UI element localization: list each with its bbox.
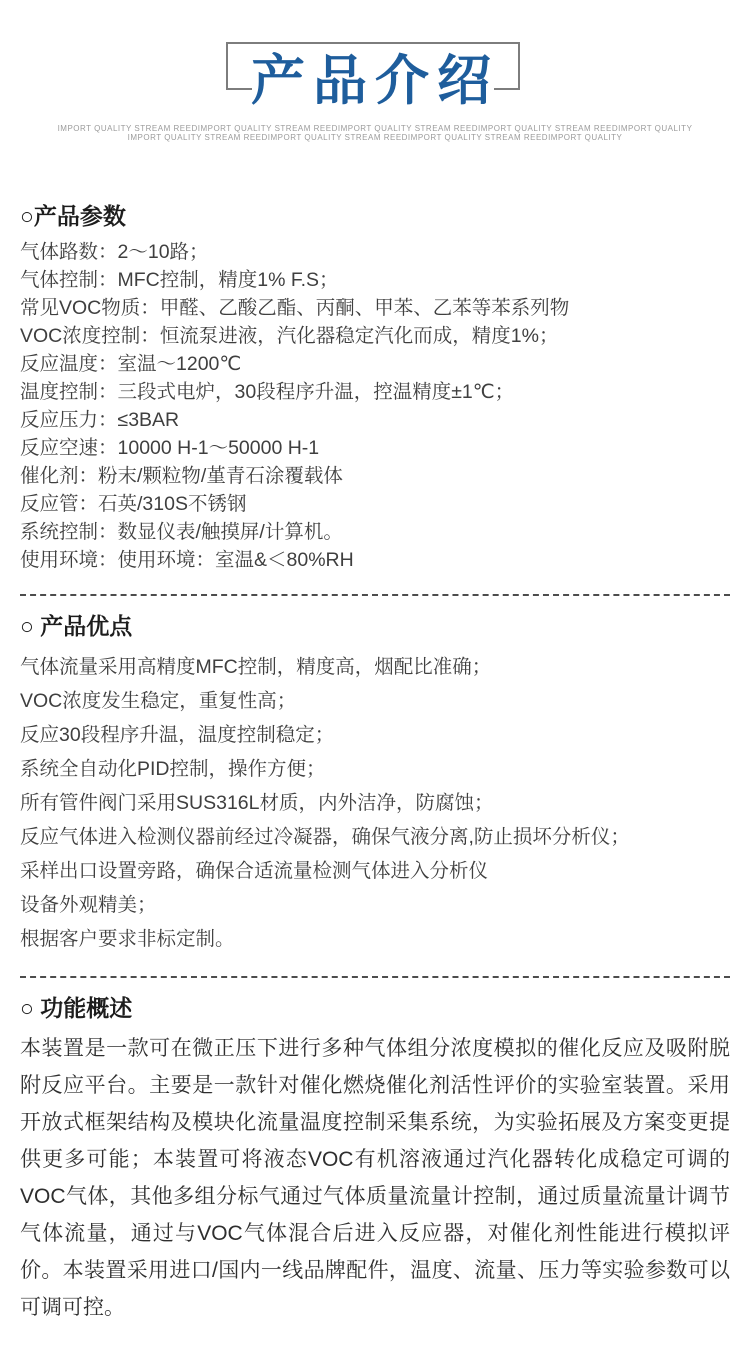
parameter-line: 常见VOC物质：甲醛、乙酸乙酯、丙酮、甲苯、乙苯等苯系列物 — [20, 294, 730, 322]
parameter-line: VOC浓度控制：恒流泵进液，汽化器稳定汽化而成，精度1%； — [20, 322, 730, 350]
advantage-line: 根据客户要求非标定制。 — [20, 922, 730, 956]
section-divider — [20, 594, 730, 596]
parameter-line: 催化剂：粉末/颗粒物/堇青石涂覆载体 — [20, 462, 730, 490]
advantage-line: 系统全自动化PID控制，操作方便； — [20, 752, 730, 786]
advantage-line: 反应气体进入检测仪器前经过冷凝器，确保气液分离,防止损坏分析仪； — [20, 820, 730, 854]
section-heading-overview: ○ 功能概述 — [20, 994, 730, 1022]
advantage-line: 反应30段程序升温，温度控制稳定； — [20, 718, 730, 752]
parameter-line: 系统控制：数显仪表/触摸屏/计算机。 — [20, 518, 730, 546]
advantage-line: 所有管件阀门采用SUS316L材质，内外洁净，防腐蚀； — [20, 786, 730, 820]
parameter-line: 使用环境：使用环境：室温&＜80%RH — [20, 546, 730, 574]
content: ○产品参数 气体路数：2～10路； 气体控制：MFC控制，精度1% F.S； 常… — [0, 202, 750, 1326]
advantage-line: 采样出口设置旁路，确保合适流量检测气体进入分析仪 — [20, 854, 730, 888]
section-heading-advantages: ○ 产品优点 — [20, 612, 730, 640]
title-area: 产品介绍 IMPORT QUALITY STREAM REEDIMPORT QU… — [0, 0, 750, 150]
section-divider — [20, 976, 730, 978]
watermark-line-1: IMPORT QUALITY STREAM REEDIMPORT QUALITY… — [0, 124, 750, 133]
section-heading-parameters: ○产品参数 — [20, 202, 730, 230]
parameter-line: 气体路数：2～10路； — [20, 238, 730, 266]
page-title: 产品介绍 — [0, 50, 750, 112]
parameter-line: 气体控制：MFC控制，精度1% F.S； — [20, 266, 730, 294]
advantage-line: VOC浓度发生稳定，重复性高； — [20, 684, 730, 718]
parameter-line: 温度控制：三段式电炉，30段程序升温，控温精度±1℃； — [20, 378, 730, 406]
overview-paragraph: 本装置是一款可在微正压下进行多种气体组分浓度模拟的催化反应及吸附脱附反应平台。主… — [20, 1030, 730, 1326]
advantage-line: 设备外观精美； — [20, 888, 730, 922]
parameter-line: 反应空速：10000 H-1～50000 H-1 — [20, 434, 730, 462]
parameter-line: 反应温度：室温～1200℃ — [20, 350, 730, 378]
advantage-line: 气体流量采用高精度MFC控制，精度高，烟配比准确； — [20, 650, 730, 684]
watermark-line-2: IMPORT QUALITY STREAM REEDIMPORT QUALITY… — [0, 133, 750, 142]
parameter-line: 反应压力：≤3BAR — [20, 406, 730, 434]
watermark-text: IMPORT QUALITY STREAM REEDIMPORT QUALITY… — [0, 124, 750, 142]
parameter-line: 反应管：石英/310S不锈钢 — [20, 490, 730, 518]
